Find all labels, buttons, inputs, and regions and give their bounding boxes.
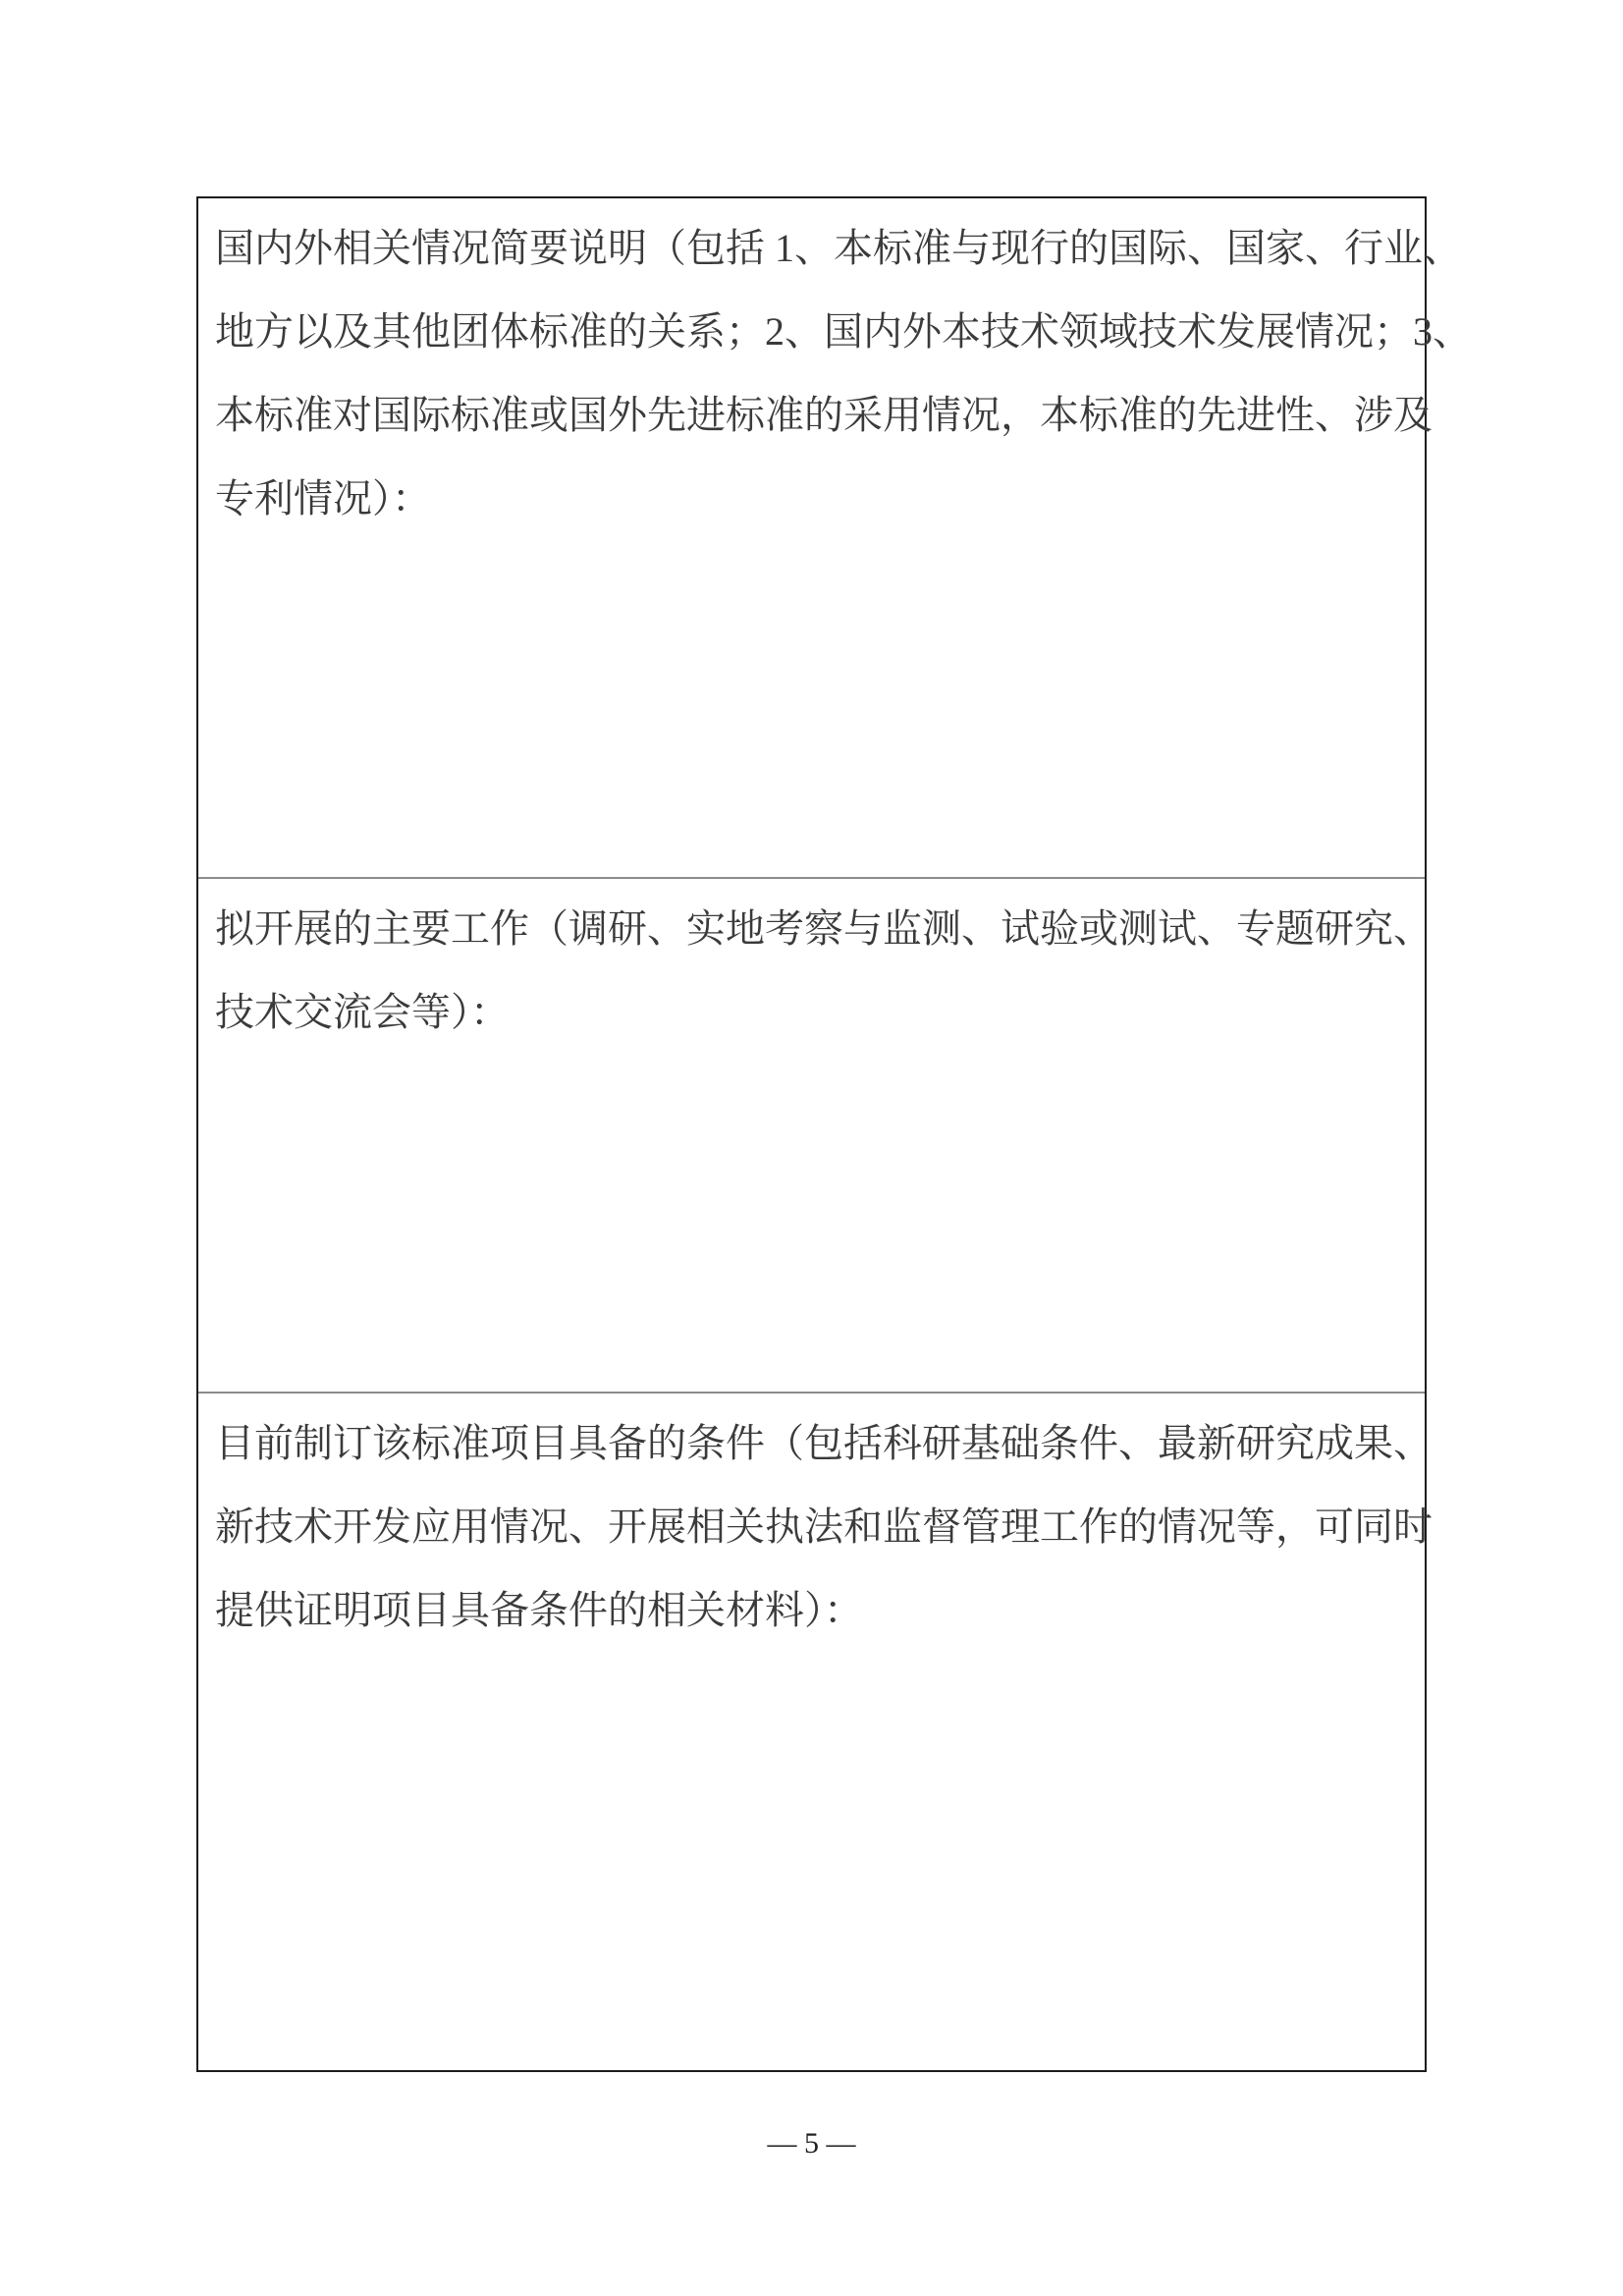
- cell-text-line: 技术交流会等）：: [215, 970, 1408, 1054]
- cell-text-line: 拟开展的主要工作（调研、实地考察与监测、试验或测试、专题研究、: [215, 887, 1408, 970]
- cell-text-line: 国内外相关情况简要说明（包括 1、本标准与现行的国际、国家、行业、: [215, 206, 1408, 290]
- table-cell-project-conditions[interactable]: 目前制订该标准项目具备的条件（包括科研基础条件、最新研究成果、 新技术开发应用情…: [198, 1394, 1425, 2070]
- cell-text-line: 目前制订该标准项目具备的条件（包括科研基础条件、最新研究成果、: [215, 1401, 1408, 1485]
- cell-text-line: 专利情况）：: [215, 457, 1408, 540]
- cell-text-line: 提供证明项目具备条件的相关材料）：: [215, 1568, 1408, 1652]
- table-cell-planned-work[interactable]: 拟开展的主要工作（调研、实地考察与监测、试验或测试、专题研究、 技术交流会等）：: [198, 879, 1425, 1394]
- form-table: 国内外相关情况简要说明（包括 1、本标准与现行的国际、国家、行业、 地方以及其他…: [196, 196, 1427, 2072]
- cell-text-line: 本标准对国际标准或国外先进标准的采用情况，本标准的先进性、涉及: [215, 373, 1408, 457]
- document-page: 国内外相关情况简要说明（包括 1、本标准与现行的国际、国家、行业、 地方以及其他…: [0, 0, 1623, 2296]
- page-number: — 5 —: [0, 2123, 1623, 2164]
- table-cell-related-situation[interactable]: 国内外相关情况简要说明（包括 1、本标准与现行的国际、国家、行业、 地方以及其他…: [198, 198, 1425, 879]
- cell-text-line: 地方以及其他团体标准的关系；2、国内外本技术领域技术发展情况；3、: [215, 290, 1408, 373]
- cell-text-line: 新技术开发应用情况、开展相关执法和监督管理工作的情况等，可同时: [215, 1485, 1408, 1568]
